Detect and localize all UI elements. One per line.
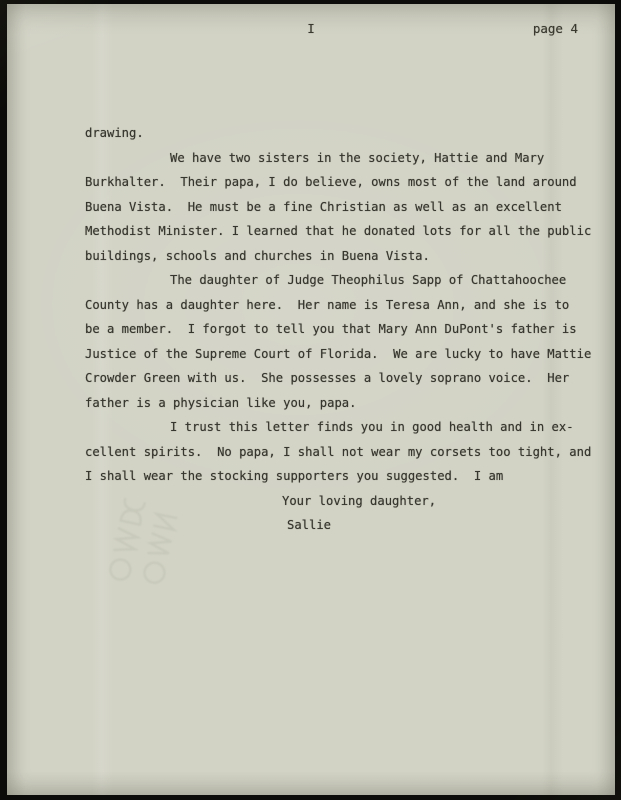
letter-page: I page 4 drawing.We have two sisters in … [7, 4, 615, 795]
letter-line: I trust this letter finds you in good he… [85, 415, 590, 440]
letter-line: Justice of the Supreme Court of Florida.… [85, 342, 590, 367]
letter-line: County has a daughter here. Her name is … [85, 293, 590, 318]
letter-line: drawing. [85, 121, 590, 146]
letter-line: Buena Vista. He must be a fine Christian… [85, 195, 590, 220]
letter-line: Crowder Green with us. She possesses a l… [85, 366, 590, 391]
letter-line: cellent spirits. No papa, I shall not we… [85, 440, 590, 465]
letter-line: The daughter of Judge Theophilus Sapp of… [85, 268, 590, 293]
letter-line: Methodist Minister. I learned that he do… [85, 219, 590, 244]
letter-line: be a member. I forgot to tell you that M… [85, 317, 590, 342]
letter-line: We have two sisters in the society, Hatt… [85, 146, 590, 171]
letter-body: drawing.We have two sisters in the socie… [85, 121, 590, 538]
letter-line: father is a physician like you, papa. [85, 391, 590, 416]
letter-line: buildings, schools and churches in Buena… [85, 244, 590, 269]
letter-line: Burkhalter. Their papa, I do believe, ow… [85, 170, 590, 195]
page-number-label: page 4 [533, 21, 578, 36]
section-numeral: I [7, 21, 615, 36]
scanned-letter: I page 4 drawing.We have two sisters in … [0, 0, 621, 800]
letter-line: I shall wear the stocking supporters you… [85, 464, 590, 489]
letter-line: Sallie [85, 513, 590, 538]
letter-line: Your loving daughter, [85, 489, 590, 514]
